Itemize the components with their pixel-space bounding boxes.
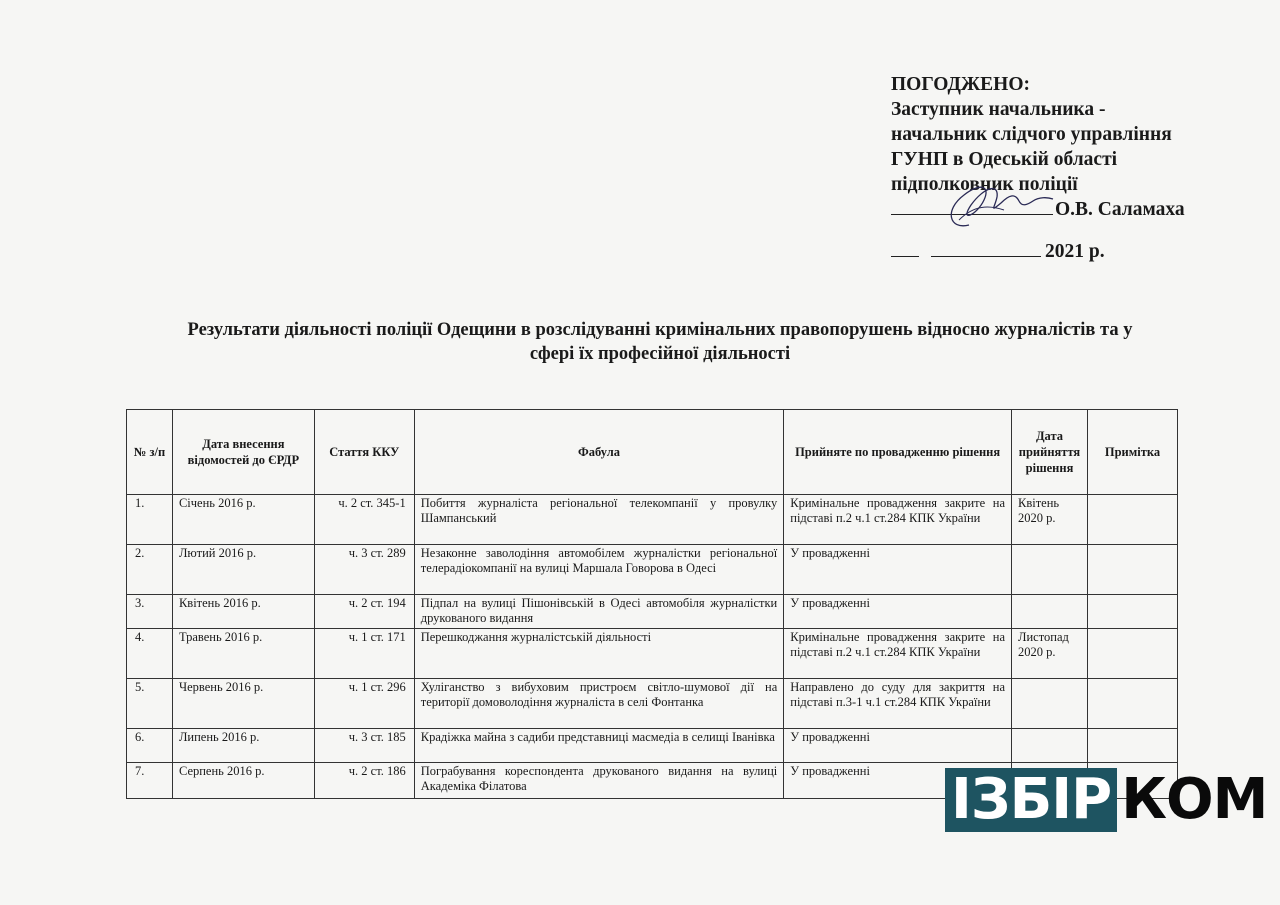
month-blank [931, 256, 1041, 257]
cell-num: 1. [127, 495, 173, 545]
approval-position-3: ГУНП в Одеській області [891, 147, 1221, 172]
cell-num: 7. [127, 763, 173, 799]
cell-note [1087, 545, 1177, 595]
cell-decision: У провадженні [784, 729, 1012, 763]
cell-note [1087, 495, 1177, 545]
cell-decision: Кримінальне провадження закрите на підст… [784, 629, 1012, 679]
cell-date: Лютий 2016 р. [172, 545, 314, 595]
cell-plot: Крадіжка майна з садиби представниці мас… [414, 729, 784, 763]
table-header-row: № з/п Дата внесення відомостей до ЄРДР С… [127, 410, 1178, 495]
cell-article: ч. 2 ст. 186 [314, 763, 414, 799]
cell-date: Січень 2016 р. [172, 495, 314, 545]
cell-decision: Кримінальне провадження закрите на підст… [784, 495, 1012, 545]
table-row: 5. Червень 2016 р. ч. 1 ст. 296 Хуліганс… [127, 679, 1178, 729]
approval-year: 2021 р. [1045, 241, 1105, 262]
cell-note [1087, 629, 1177, 679]
cell-article: ч. 1 ст. 171 [314, 629, 414, 679]
approval-position-1: Заступник начальника - [891, 97, 1221, 122]
cell-note [1087, 679, 1177, 729]
cell-note [1087, 729, 1177, 763]
table-row: 4. Травень 2016 р. ч. 1 ст. 171 Перешкод… [127, 629, 1178, 679]
cell-num: 5. [127, 679, 173, 729]
cell-plot: Незаконне заволодіння автомобілем журнал… [414, 545, 784, 595]
cell-num: 4. [127, 629, 173, 679]
cell-decision: У провадженні [784, 595, 1012, 629]
cell-date: Травень 2016 р. [172, 629, 314, 679]
izbirkom-watermark-logo: ІЗБІРКОМ [945, 768, 1267, 832]
cell-date: Серпень 2016 р. [172, 763, 314, 799]
header-plot: Фабула [414, 410, 784, 495]
header-decision: Прийняте по провадженню рішення [784, 410, 1012, 495]
cell-date: Квітень 2016 р. [172, 595, 314, 629]
table-row: 1. Січень 2016 р. ч. 2 ст. 345-1 Побиття… [127, 495, 1178, 545]
cell-article: ч. 3 ст. 289 [314, 545, 414, 595]
cell-num: 6. [127, 729, 173, 763]
handwritten-signature-icon [929, 175, 1069, 235]
cell-decision: Направлено до суду для закриття на підст… [784, 679, 1012, 729]
document-title: Результати діяльності поліції Одещини в … [110, 318, 1210, 366]
date-line: 2021 р. [891, 239, 1221, 264]
table-row: 6. Липень 2016 р. ч. 3 ст. 185 Крадіжка … [127, 729, 1178, 763]
table-row: 3. Квітень 2016 р. ч. 2 ст. 194 Підпал н… [127, 595, 1178, 629]
cell-date: Червень 2016 р. [172, 679, 314, 729]
logo-plain-text: КОМ [1117, 768, 1267, 832]
header-note: Примітка [1087, 410, 1177, 495]
title-line-2: сфері їх професійної діяльності [110, 342, 1210, 366]
cell-decision-date: Квітень 2020 р. [1012, 495, 1088, 545]
title-line-1: Результати діяльності поліції Одещини в … [110, 318, 1210, 342]
cell-num: 3. [127, 595, 173, 629]
cell-decision: У провадженні [784, 545, 1012, 595]
logo-boxed-text: ІЗБІР [945, 768, 1117, 832]
cell-plot: Підпал на вулиці Пішонівській в Одесі ав… [414, 595, 784, 629]
approval-block: ПОГОДЖЕНО: Заступник начальника - началь… [891, 72, 1221, 264]
cell-plot: Пограбування кореспондента друкованого в… [414, 763, 784, 799]
cases-table: № з/п Дата внесення відомостей до ЄРДР С… [126, 409, 1178, 799]
cell-plot: Побиття журналіста регіональної телекомп… [414, 495, 784, 545]
cell-note [1087, 595, 1177, 629]
header-article: Стаття ККУ [314, 410, 414, 495]
header-num: № з/п [127, 410, 173, 495]
header-decision-date: Дата прийняття рішення [1012, 410, 1088, 495]
day-blank [891, 256, 919, 257]
cell-decision-date: Листопад 2020 р. [1012, 629, 1088, 679]
cell-num: 2. [127, 545, 173, 595]
header-date: Дата внесення відомостей до ЄРДР [172, 410, 314, 495]
approval-heading: ПОГОДЖЕНО: [891, 72, 1221, 97]
cell-plot: Хуліганство з вибуховим пристроєм світло… [414, 679, 784, 729]
cell-decision-date [1012, 595, 1088, 629]
table-row: 2. Лютий 2016 р. ч. 3 ст. 289 Незаконне … [127, 545, 1178, 595]
cell-date: Липень 2016 р. [172, 729, 314, 763]
cell-plot: Перешкоджання журналістській діяльності [414, 629, 784, 679]
approval-position-2: начальник слідчого управління [891, 122, 1221, 147]
cell-decision-date [1012, 545, 1088, 595]
signature-line: О.В. Саламаха [891, 197, 1221, 222]
cell-article: ч. 2 ст. 194 [314, 595, 414, 629]
cell-article: ч. 1 ст. 296 [314, 679, 414, 729]
cell-decision-date [1012, 679, 1088, 729]
cell-article: ч. 3 ст. 185 [314, 729, 414, 763]
cell-decision-date [1012, 729, 1088, 763]
signatory-name: О.В. Саламаха [1055, 199, 1185, 220]
cell-article: ч. 2 ст. 345-1 [314, 495, 414, 545]
